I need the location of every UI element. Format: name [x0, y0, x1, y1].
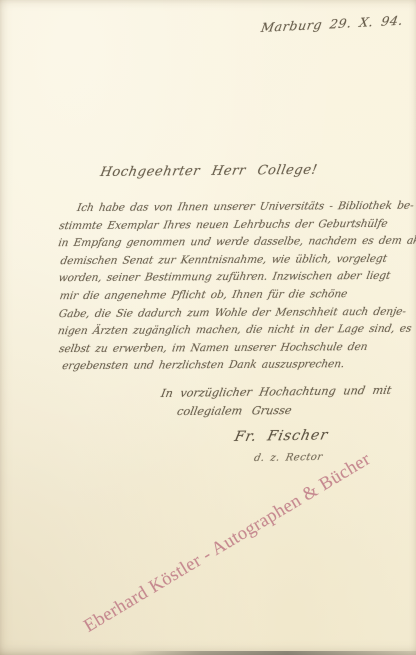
letter-scan: Marburg 29. X. 94. Hochgeehrter Herr Col… [0, 0, 416, 655]
letter-body: Ich habe das von Ihnen unserer Universit… [56, 198, 387, 376]
salutation: Hochgeehrter Herr College! [99, 163, 319, 180]
body-line: mir die angenehme Pflicht ob, Ihnen für … [58, 286, 390, 306]
signature-title: d. z. Rector [253, 452, 324, 464]
body-line: ergebensten und herzlichsten Dank auszus… [61, 356, 391, 376]
body-line: in Empfang genommen und werde dasselbe, … [57, 233, 390, 253]
scan-bottom-edge-shadow [130, 651, 416, 655]
signature: Fr. Fischer [233, 427, 330, 445]
body-line: Ich habe das von Ihnen unserer Universit… [57, 198, 390, 218]
closing-line-2: collegialem Grusse [176, 404, 293, 418]
body-line: nigen Ärzten zugänglich machen, die nich… [56, 321, 390, 341]
body-line: worden, seiner Bestimmung zuführen. Inzw… [57, 268, 390, 288]
